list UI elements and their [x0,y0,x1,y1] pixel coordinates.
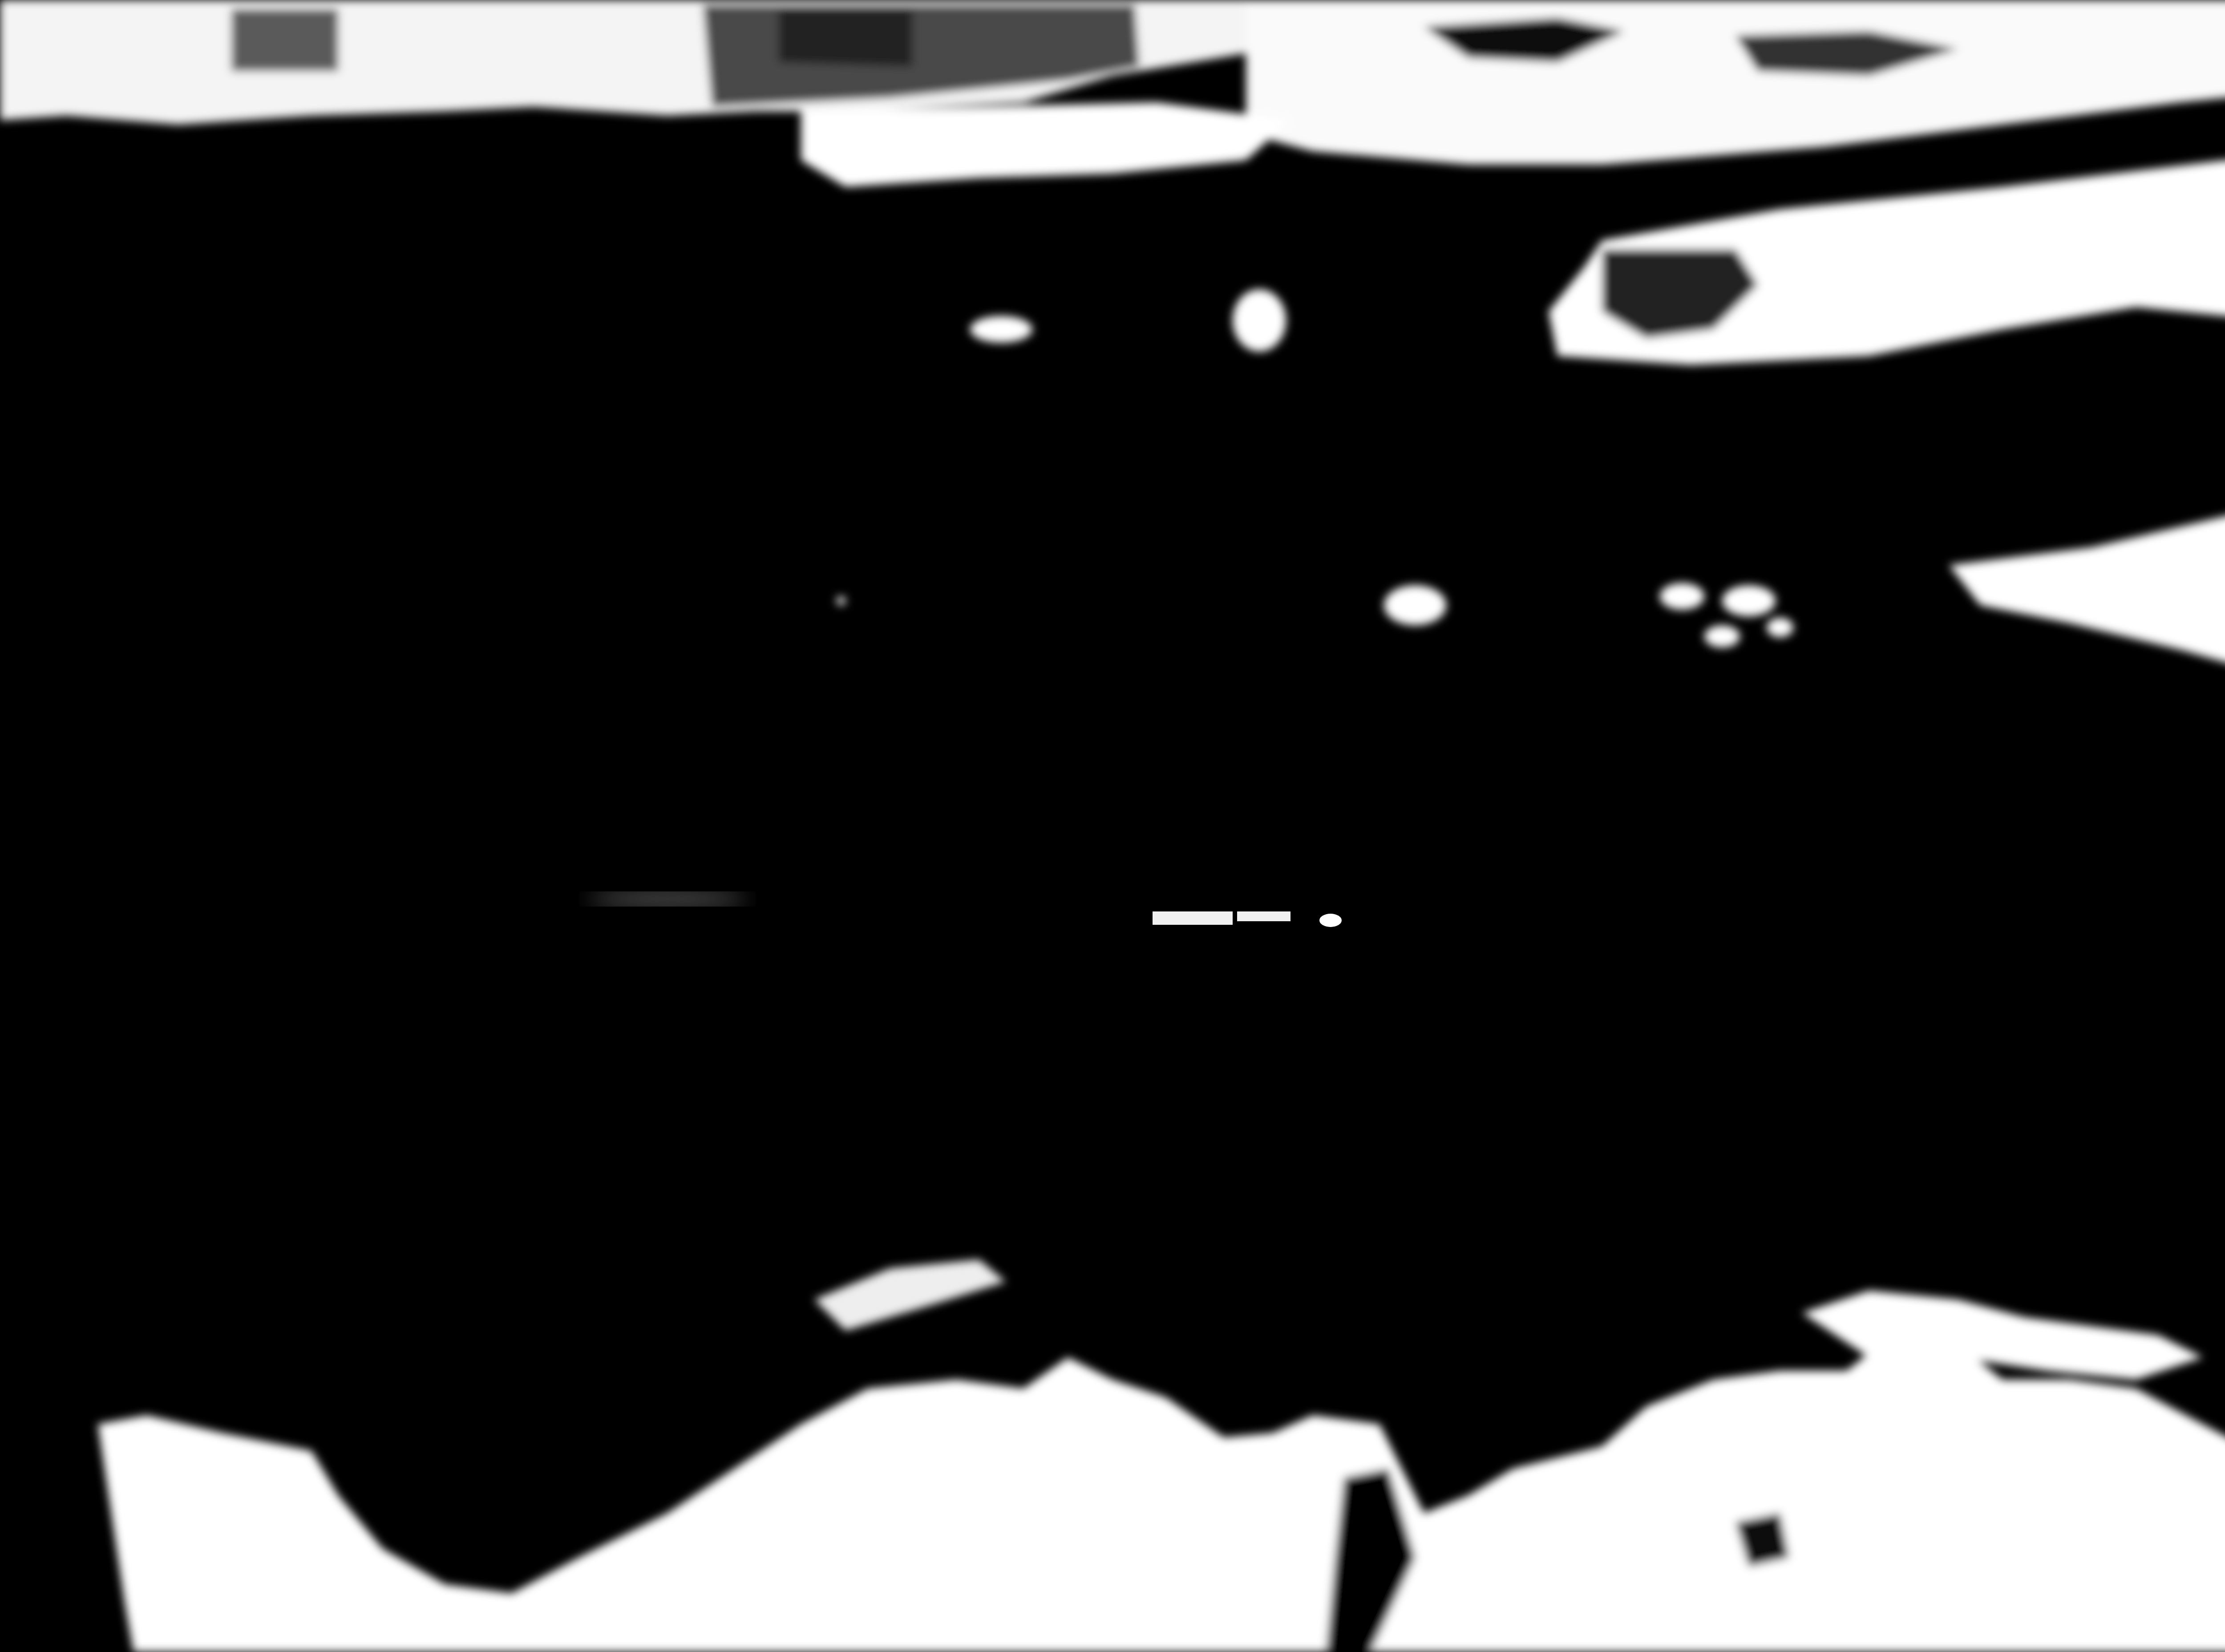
satellite-cloud-image [0,0,2225,1652]
